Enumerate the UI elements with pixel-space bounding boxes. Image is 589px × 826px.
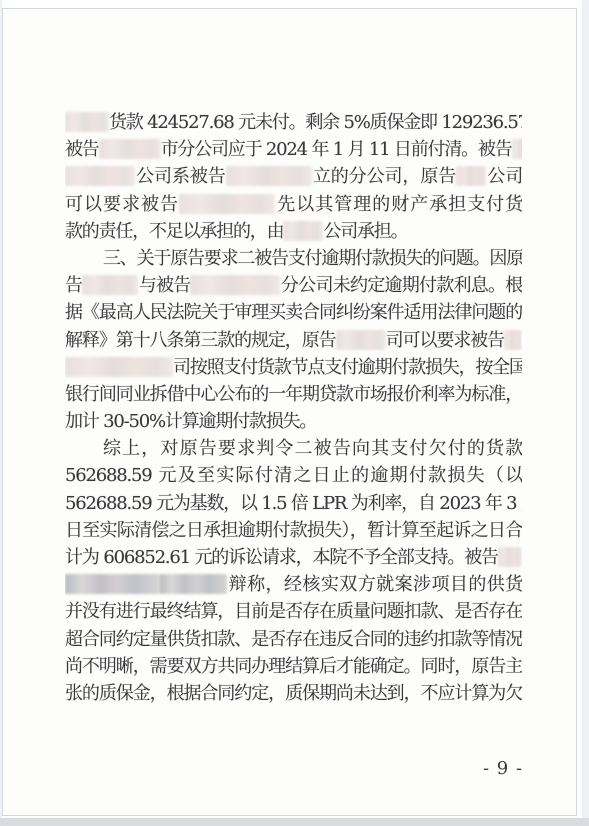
text-line: 可以要求被告先以其管理的财产承担支付货 [65, 191, 522, 218]
text-segment: 公司承担。 [323, 221, 407, 242]
text-segment: 解释》第十八条第三款的规定，原告 [65, 330, 336, 351]
text-segment: 张的质保金，根据合同约定，质保期尚未达到，不应计算为欠 [65, 683, 522, 704]
redaction-box [65, 112, 109, 132]
redaction-box [190, 275, 280, 295]
text-segment: 立的分公司，原告 [312, 166, 456, 187]
text-line: 告与被告分公司未约定逾期付款利息。根 [65, 272, 522, 299]
text-line: 据《最高人民法院关于审理买卖合同纠纷案件适用法律问题的 [65, 299, 522, 326]
text-segment: 计为 606852.61 元的诉讼请求，本院不予全部支持。被告 [65, 547, 498, 568]
text-segment: 尚不明晰，需要双方共同办理结算后才能确定。同时，原告主 [65, 656, 522, 677]
scan-edge-left [0, 0, 2, 826]
text-segment: 综上，对原告要求判令二被告向其支付欠付的货款 [103, 438, 522, 459]
redaction-box [456, 166, 486, 186]
redaction-box [82, 275, 138, 295]
document-page: 货款 424527.68 元未付。剩余 5%质保金即 129236.57 元，被… [2, 8, 577, 816]
text-segment: 被告 [65, 139, 99, 160]
text-segment: 先以其管理的财产承担支付货 [275, 194, 522, 215]
text-segment: 款的责任，不足以承担的，由 [65, 221, 283, 242]
text-segment: 司按照支付货款节点支付逾期付款损失，按全国 [173, 357, 522, 378]
text-segment: 562688.59 元及至实际付清之日止的逾期付款损失（以 [65, 465, 522, 486]
redaction-box [65, 357, 173, 377]
page-number: - 9 - [458, 758, 548, 779]
text-line: 综上，对原告要求判令二被告向其支付欠付的货款 [65, 435, 522, 462]
redaction-box [65, 574, 159, 594]
text-line: 货款 424527.68 元未付。剩余 5%质保金即 129236.57 元， [65, 109, 522, 136]
text-segment: 告 [65, 275, 82, 296]
text-segment: 可以要求被告 [65, 194, 179, 215]
text-segment: 三、关于原告要求二被告支付逾期付款损失的问题。因原 [103, 248, 522, 269]
redaction-box [99, 139, 161, 159]
text-segment: 据《最高人民法院关于审理买卖合同纠纷案件适用法律问题的 [65, 302, 522, 323]
redaction-box [504, 330, 522, 350]
text-segment: 公司系被告 [135, 166, 226, 187]
text-segment: 辩称，经核实双方就案涉项目的供货 [227, 574, 522, 595]
redaction-box [226, 166, 312, 186]
text-line: 张的质保金，根据合同约定，质保期尚未达到，不应计算为欠 [65, 680, 522, 707]
text-line: 款的责任，不足以承担的，由公司承担。 [65, 218, 522, 245]
scan-edge-right [582, 0, 589, 826]
text-segment: 货款 424527.68 元未付。剩余 5%质保金即 129236.57 元， [109, 112, 522, 133]
redaction-box [283, 221, 323, 241]
text-line: 尚不明晰，需要双方共同办理结算后才能确定。同时，原告主 [65, 653, 522, 680]
text-line: 计为 606852.61 元的诉讼请求，本院不予全部支持。被告 [65, 544, 522, 571]
redaction-box [336, 330, 386, 350]
scan-edge-bottom [0, 818, 589, 826]
text-line: 司按照支付货款节点支付逾期付款损失，按全国 [65, 354, 522, 381]
text-line: 超合同约定量供货扣款、是否存在违反合同的违约扣款等情况 [65, 626, 522, 653]
text-line: 562688.59 元为基数，以 1.5 倍 LPR 为利率，自 2023 年 … [65, 490, 522, 517]
redaction-box [512, 139, 522, 159]
text-line: 562688.59 元及至实际付清之日止的逾期付款损失（以 [65, 462, 522, 489]
redaction-box [159, 574, 227, 594]
text-line: 解释》第十八条第三款的规定，原告司可以要求被告 [65, 327, 522, 354]
text-line: 公司系被告立的分公司，原告公司 [65, 163, 522, 190]
text-line: 加计 30-50%计算逾期付款损失。 [65, 408, 522, 435]
judgment-text-block: 货款 424527.68 元未付。剩余 5%质保金即 129236.57 元，被… [65, 109, 522, 707]
text-segment: 加计 30-50%计算逾期付款损失。 [65, 411, 316, 432]
text-line: 银行间同业拆借中心公布的一年期贷款市场报价利率为标准， [65, 381, 522, 408]
text-segment: 司可以要求被告 [386, 330, 504, 351]
text-line: 辩称，经核实双方就案涉项目的供货 [65, 571, 522, 598]
text-segment: 与被告 [138, 275, 190, 296]
text-segment: 分公司未约定逾期付款利息。根 [280, 275, 522, 296]
text-segment: 银行间同业拆借中心公布的一年期贷款市场报价利率为标准， [65, 384, 522, 405]
text-line: 并没有进行最终结算，目前是否存在质量问题扣款、是否存在 [65, 598, 522, 625]
redaction-box [179, 194, 275, 214]
text-segment: 并没有进行最终结算，目前是否存在质量问题扣款、是否存在 [65, 601, 522, 622]
text-line: 日至实际清偿之日承担逾期付款损失），暂计算至起诉之日合 [65, 517, 522, 544]
text-segment: 日至实际清偿之日承担逾期付款损失），暂计算至起诉之日合 [65, 520, 522, 541]
text-segment: 超合同约定量供货扣款、是否存在违反合同的违约扣款等情况 [65, 629, 522, 650]
text-segment: 市分公司应于 2024 年 1 月 11 日前付清。被告 [161, 139, 512, 160]
redaction-box [498, 547, 522, 567]
text-line: 被告市分公司应于 2024 年 1 月 11 日前付清。被告 [65, 136, 522, 163]
redaction-box [65, 166, 135, 186]
text-line: 三、关于原告要求二被告支付逾期付款损失的问题。因原 [65, 245, 522, 272]
text-segment: 562688.59 元为基数，以 1.5 倍 LPR 为利率，自 2023 年 … [65, 493, 522, 514]
text-segment: 公司 [486, 166, 522, 187]
